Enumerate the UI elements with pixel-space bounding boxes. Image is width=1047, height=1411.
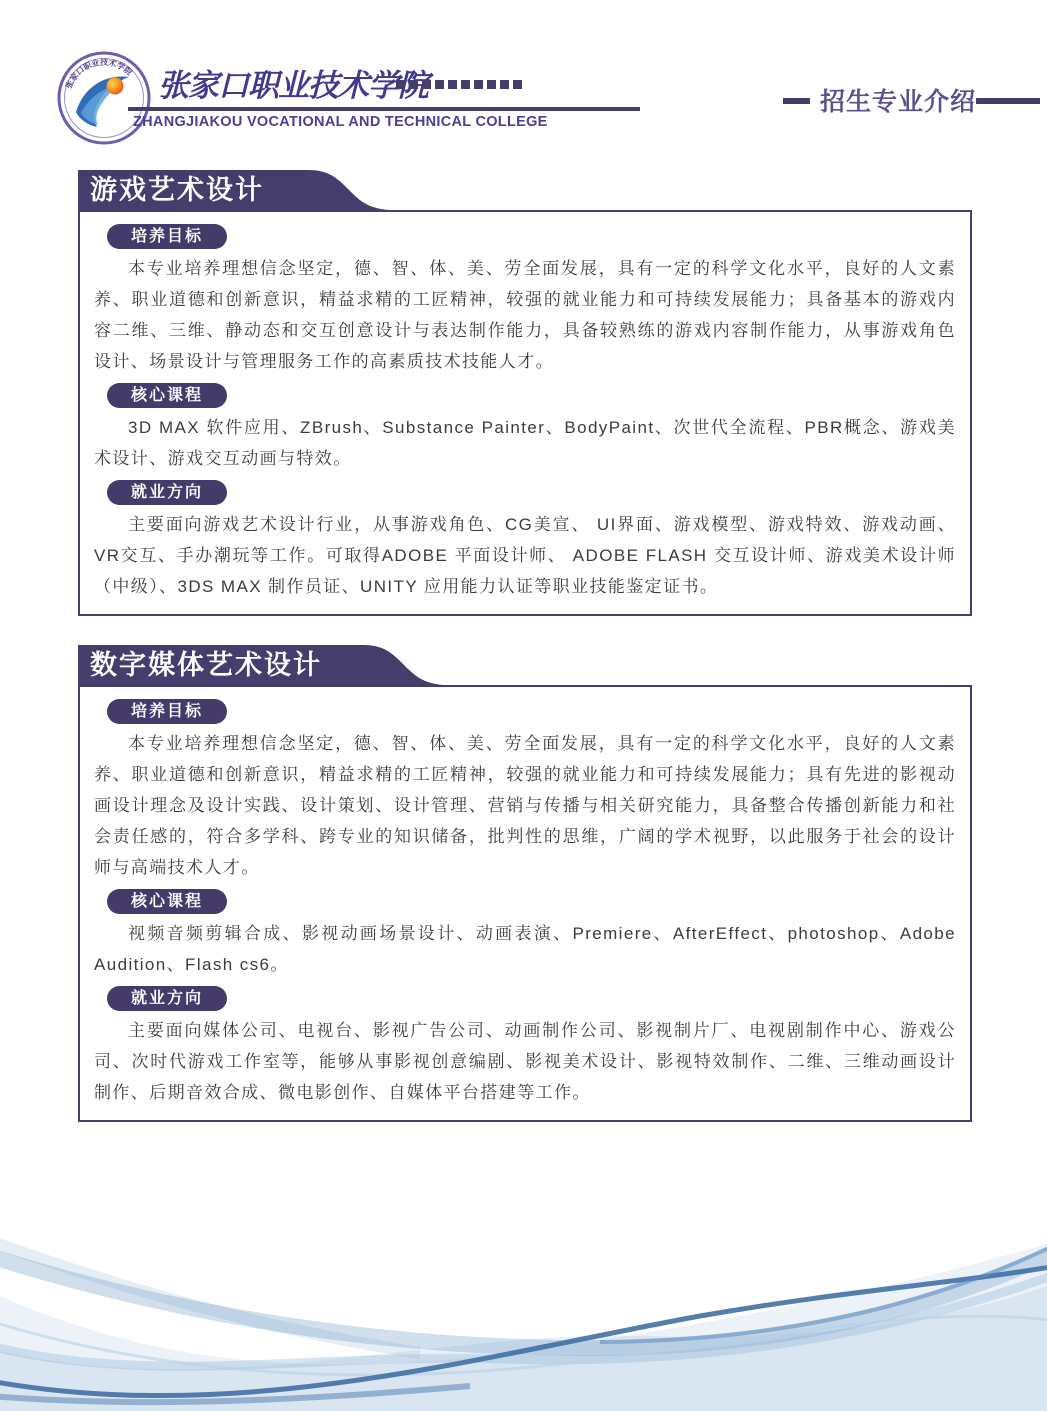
- block-label: 就业方向: [131, 989, 203, 1008]
- wave-decoration: [0, 1226, 1047, 1411]
- college-name-zh: 张家口职业技术学院: [158, 60, 428, 105]
- section-title: 游戏艺术设计: [78, 170, 264, 211]
- block-label: 核心课程: [131, 386, 203, 405]
- block-label-badge: 核心课程: [107, 383, 227, 408]
- page-title: 招生专业介绍: [820, 82, 976, 118]
- section-tab: 数字媒体艺术设计: [78, 645, 322, 687]
- section-content-box: 培养目标 本专业培养理想信念坚定，德、智、体、美、劳全面发展，具有一定的科学文化…: [78, 210, 972, 616]
- college-name-en: ZHANGJIAKOU VOCATIONAL AND TECHNICAL COL…: [133, 114, 548, 130]
- header-divider: [128, 107, 640, 111]
- logo-sun-icon: [107, 78, 124, 95]
- block-text: 本专业培养理想信念坚定，德、智、体、美、劳全面发展，具有一定的科学文化水平，良好…: [94, 253, 956, 377]
- label-right-dash: [976, 98, 1040, 104]
- block-text: 主要面向游戏艺术设计行业，从事游戏角色、CG美宣、 UI界面、游戏模型、游戏特效…: [94, 509, 956, 602]
- dots-decoration: [396, 80, 522, 89]
- section-title: 数字媒体艺术设计: [78, 645, 322, 686]
- label-left-dash: [783, 98, 810, 104]
- block-text: 本专业培养理想信念坚定，德、智、体、美、劳全面发展，具有一定的科学文化水平，良好…: [94, 728, 956, 883]
- block-text: 视频音频剪辑合成、影视动画场景设计、动画表演、Premiere、AfterEff…: [94, 918, 956, 980]
- section-tab: 游戏艺术设计: [78, 170, 264, 212]
- block-label-badge: 就业方向: [107, 986, 227, 1011]
- block-label-badge: 培养目标: [107, 224, 227, 249]
- block-label: 培养目标: [131, 227, 203, 246]
- college-logo-icon: 张家口职业技术学院: [56, 50, 152, 146]
- block-label-badge: 就业方向: [107, 480, 227, 505]
- section-content-box: 培养目标 本专业培养理想信念坚定，德、智、体、美、劳全面发展，具有一定的科学文化…: [78, 685, 972, 1122]
- block-label-badge: 核心课程: [107, 889, 227, 914]
- page-header: 张家口职业技术学院 张家口职业技术学院 ZHANGJIAKOU VOCATION…: [0, 0, 1047, 160]
- block-text: 3D MAX 软件应用、ZBrush、Substance Painter、Bod…: [94, 412, 956, 474]
- block-label: 就业方向: [131, 483, 203, 502]
- block-label-badge: 培养目标: [107, 699, 227, 724]
- block-text: 主要面向媒体公司、电视台、影视广告公司、动画制作公司、影视制片厂、电视剧制作中心…: [94, 1015, 956, 1108]
- block-label: 核心课程: [131, 892, 203, 911]
- block-label: 培养目标: [131, 702, 203, 721]
